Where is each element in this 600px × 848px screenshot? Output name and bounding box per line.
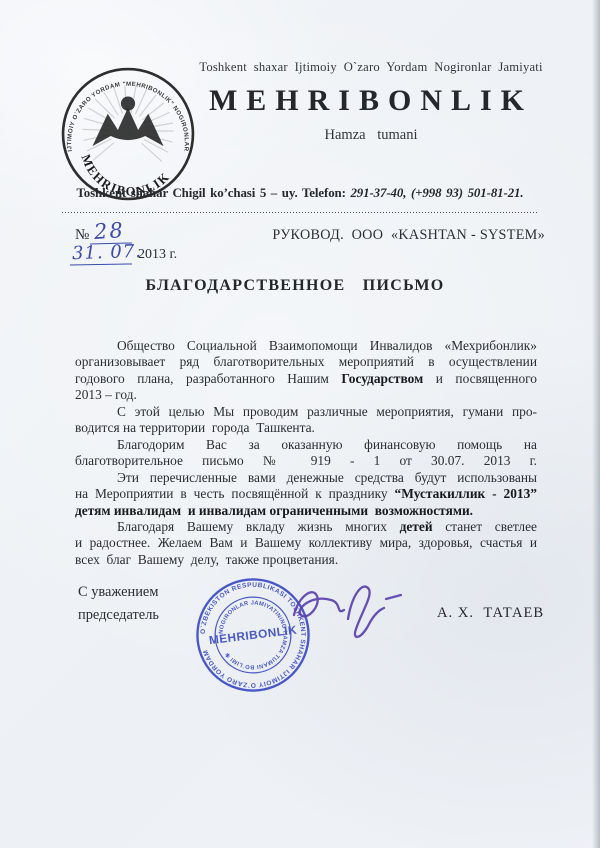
- text-segment: водится на территории города Ташкента.: [75, 420, 315, 435]
- logo-ray-icon: [142, 143, 162, 161]
- text-segment: организовывает ряд благотворительных мер…: [75, 354, 537, 369]
- text-segment: станет светлее: [433, 519, 537, 534]
- body-line: Общество Социальной Взаимопомощи Инвалид…: [75, 338, 537, 354]
- scanned-letter-page: IJTIMOIY O`ZARO YORDAM "MEHRIBONLIK" NOG…: [0, 0, 600, 848]
- body-line: благотворительное письмо № 919 - 1 от 30…: [75, 453, 537, 469]
- body-line: всех благ Вашему делу, также процветания…: [75, 552, 537, 568]
- recipient-line: РУКОВОД. ООО «KASHTAN - SYSTEM»: [272, 227, 545, 244]
- text-segment: С этой целью Мы проводим различные мероп…: [117, 404, 537, 419]
- body-paragraphs: Общество Социальной Взаимопомощи Инвалид…: [75, 338, 537, 568]
- text-segment: Благодорим Вас за оказанную финансовую п…: [117, 437, 537, 452]
- body-line: С этой целью Мы проводим различные мероп…: [75, 404, 537, 420]
- logo-ray-icon: [142, 103, 164, 120]
- body-line: годового плана, разработанного Нашим Гос…: [75, 371, 537, 387]
- body-line: Благодаря Вашему вкладу жизнь многих дет…: [75, 519, 537, 535]
- handwritten-ref-number: 28: [93, 218, 125, 244]
- signature-stroke: [348, 587, 384, 637]
- body-line: 2013 – год.: [75, 387, 537, 403]
- text-segment: детям инвалидам и инвалидам ограниченным…: [75, 503, 473, 518]
- signatory-name: А. Х. ТАТАЕВ: [437, 605, 544, 622]
- logo-ray-icon: [95, 99, 115, 118]
- address-phones: 291-37-40, (+998 93) 501-81-21.: [350, 186, 523, 200]
- handwritten-underline: [70, 263, 132, 265]
- text-segment: на Мероприятии в честь посвящённой к пра…: [75, 486, 395, 501]
- text-segment: годового плана, разработанного Нашим: [75, 371, 341, 386]
- body-line: водится на территории города Ташкента.: [75, 420, 537, 436]
- text-segment: благотворительное письмо № 919 - 1 от 30…: [75, 453, 537, 468]
- handwritten-date: 31. 07.: [72, 241, 143, 264]
- organization-logo: IJTIMOIY O`ZARO YORDAM "MEHRIBONLIK" NOG…: [60, 66, 196, 202]
- letter-title: БЛАГОДАРСТВЕННОЕ ПИСЬМО: [0, 277, 590, 295]
- dotted-divider: [62, 212, 538, 214]
- text-segment: и посвященного: [423, 371, 537, 386]
- signature-stroke: [294, 592, 344, 616]
- body-line: организовывает ряд благотворительных мер…: [75, 354, 537, 370]
- ref-number-label: №: [75, 227, 89, 244]
- handwritten-signature: [286, 577, 404, 649]
- signature-position: председатель: [78, 607, 159, 624]
- logo-ray-icon: [93, 143, 114, 161]
- logo-ray-icon: [135, 89, 146, 114]
- text-segment: всех благ Вашему делу, также процветания…: [75, 552, 338, 567]
- address-line: Toshkent shahar Chigil ko’chasi 5 – uy. …: [30, 186, 570, 201]
- text-segment: “Мустакиллик - 2013”: [395, 486, 537, 501]
- text-segment: и радостнее. Желаем Вам и Вашему коллект…: [75, 535, 537, 550]
- body-line: Благодорим Вас за оказанную финансовую п…: [75, 437, 537, 453]
- logo-emblem-crown-icon: [92, 108, 163, 147]
- text-segment: Эти перечисленные вами денежные средства…: [117, 470, 537, 485]
- logo-ray-icon: [139, 95, 156, 117]
- body-line: детям инвалидам и инвалидам ограниченным…: [75, 503, 537, 519]
- address-label: Toshkent shahar Chigil ko’chasi 5 – uy. …: [76, 186, 350, 200]
- text-segment: Общество Социальной Взаимопомощи Инвалид…: [117, 338, 537, 353]
- district-line: Hamza tumani: [185, 127, 557, 144]
- body-line: на Мероприятии в честь посвящённой к пра…: [75, 486, 537, 502]
- society-name-line: Toshkent shaxar Ijtimoiy O`zaro Yordam N…: [185, 60, 557, 75]
- signature-dash-stroke: [386, 595, 401, 599]
- text-segment: 2013 – год.: [75, 387, 137, 402]
- text-segment: детей: [400, 519, 433, 534]
- body-line: Эти перечисленные вами денежные средства…: [75, 470, 537, 486]
- text-segment: Государством: [341, 371, 423, 386]
- ref-year: 2013 г.: [138, 247, 177, 263]
- signature-closing: С уважением: [78, 584, 158, 601]
- letterhead: Toshkent shaxar Ijtimoiy O`zaro Yordam N…: [185, 60, 557, 144]
- body-line: и радостнее. Желаем Вам и Вашему коллект…: [75, 535, 537, 551]
- organization-name: MEHRIBONLIK: [185, 84, 557, 118]
- text-segment: Благодаря Вашему вкладу жизнь многих: [117, 519, 400, 534]
